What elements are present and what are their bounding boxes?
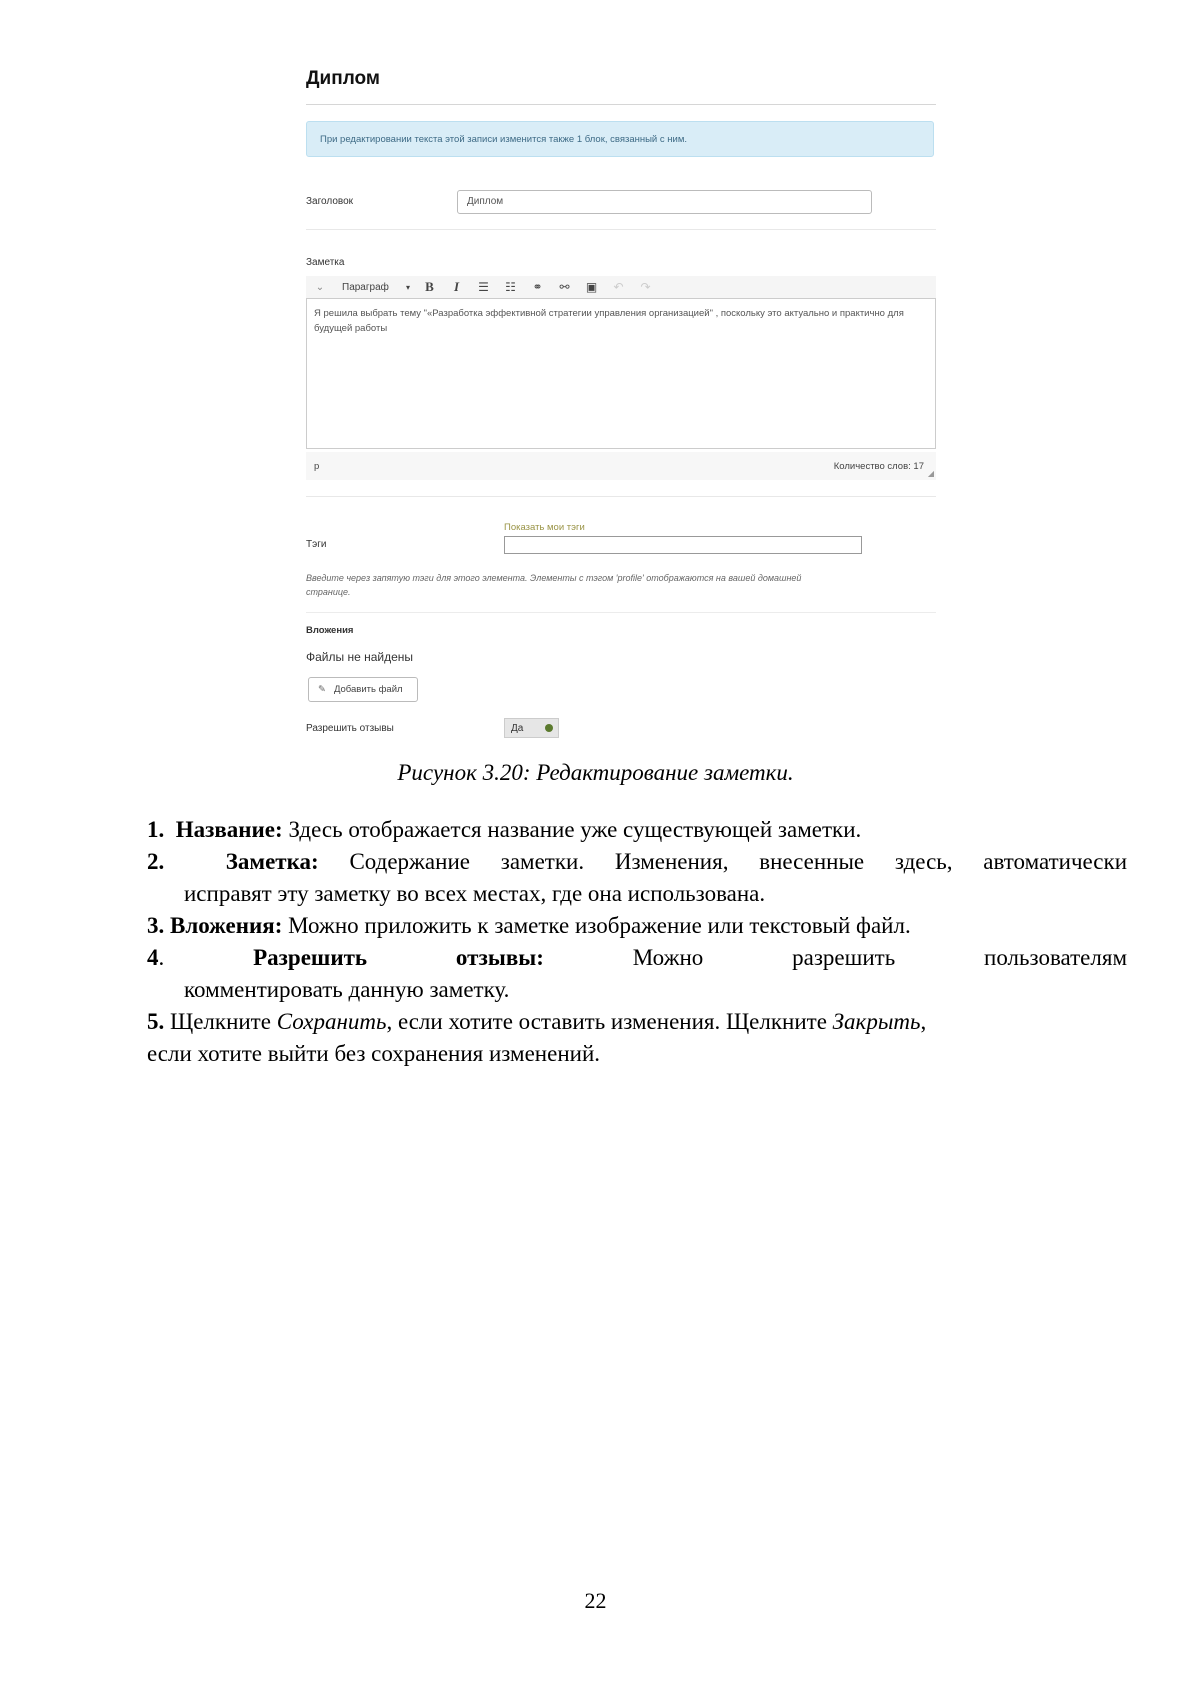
figure-caption: Рисунок 3.20: Редактирование заметки. <box>0 760 1191 786</box>
item-term: Название: <box>176 817 283 842</box>
redo-icon[interactable]: ↷ <box>632 276 659 298</box>
item-term: Разрешить отзывы: <box>253 945 544 970</box>
title-divider <box>306 104 936 105</box>
resize-handle-icon[interactable]: ◢ <box>928 469 934 478</box>
image-icon[interactable]: ▣ <box>578 276 605 298</box>
italic-icon[interactable]: I <box>443 276 470 298</box>
tags-help-text: Введите через запятую тэги для этого эле… <box>306 571 806 599</box>
list-item-1: 1. Название: Здесь отображается название… <box>147 814 1127 846</box>
page-title: Диплом <box>306 68 380 90</box>
word-count-label: Количество слов: <box>834 461 911 472</box>
editor-toolbar: ⌄ Параграф ▾ B I ☰ ☷ ⚭ ⚯ ▣ ↶ ↷ <box>306 276 936 298</box>
numbered-list-icon[interactable]: ☷ <box>497 276 524 298</box>
paperclip-icon: ✎ <box>318 684 326 695</box>
list-item-4: 4. Разрешить отзывы: Можно разрешить пол… <box>147 942 1127 974</box>
allow-comments-label: Разрешить отзывы <box>306 723 394 734</box>
allow-comments-value: Да <box>511 723 523 734</box>
bullet-list-icon[interactable]: ☰ <box>470 276 497 298</box>
show-my-tags-link[interactable]: Показать мои тэги <box>504 522 585 533</box>
dropdown-caret-icon: ▾ <box>406 283 410 292</box>
list-item-2-cont: исправят эту заметку во всех местах, где… <box>184 878 1124 910</box>
list-item-5-cont: если хотите выйти без сохранения изменен… <box>147 1038 1127 1070</box>
note-label: Заметка <box>306 257 344 268</box>
section-divider <box>306 229 936 230</box>
element-path[interactable]: p <box>314 461 319 472</box>
list-item-4-cont: комментировать данную заметку. <box>184 974 1124 1006</box>
item-term: Вложения: <box>170 913 282 938</box>
allow-comments-toggle[interactable]: Да <box>504 718 559 738</box>
bold-icon[interactable]: B <box>416 276 443 298</box>
word-count: Количество слов: 17 <box>834 461 924 472</box>
format-select-value: Параграф <box>342 282 389 293</box>
info-alert: При редактировании текста этой записи из… <box>306 121 934 157</box>
item-term: Заметка: <box>226 849 319 874</box>
toggle-indicator <box>545 724 553 732</box>
add-file-button[interactable]: ✎ Добавить файл <box>308 677 418 702</box>
no-files-text: Файлы не найдены <box>306 650 413 664</box>
list-item-5: 5. Щелкните Сохранить, если хотите остав… <box>147 1006 1127 1038</box>
note-editor[interactable]: Я решила выбрать тему "«Разработка эффек… <box>306 298 936 449</box>
link-icon[interactable]: ⚭ <box>524 276 551 298</box>
undo-icon[interactable]: ↶ <box>605 276 632 298</box>
word-count-value: 17 <box>913 461 924 472</box>
unlink-icon[interactable]: ⚯ <box>551 276 578 298</box>
add-file-label: Добавить файл <box>334 684 403 695</box>
tags-label: Тэги <box>306 539 326 550</box>
section-divider <box>306 612 936 613</box>
tags-input[interactable] <box>504 536 862 554</box>
chevron-down-icon[interactable]: ⌄ <box>306 276 334 298</box>
title-label: Заголовок <box>306 196 353 207</box>
format-select[interactable]: Параграф ▾ <box>334 276 416 298</box>
section-divider <box>306 496 936 497</box>
page-number: 22 <box>0 1588 1191 1614</box>
editor-statusbar: p Количество слов: 17 ◢ <box>306 452 936 480</box>
title-input-value: Диплом <box>467 196 503 207</box>
title-input[interactable]: Диплом <box>457 190 872 214</box>
list-item-3: 3. Вложения: Можно приложить к заметке и… <box>147 910 1127 942</box>
list-item-2: 2. Заметка: Содержание заметки. Изменени… <box>147 846 1127 878</box>
attachments-label: Вложения <box>306 625 353 636</box>
